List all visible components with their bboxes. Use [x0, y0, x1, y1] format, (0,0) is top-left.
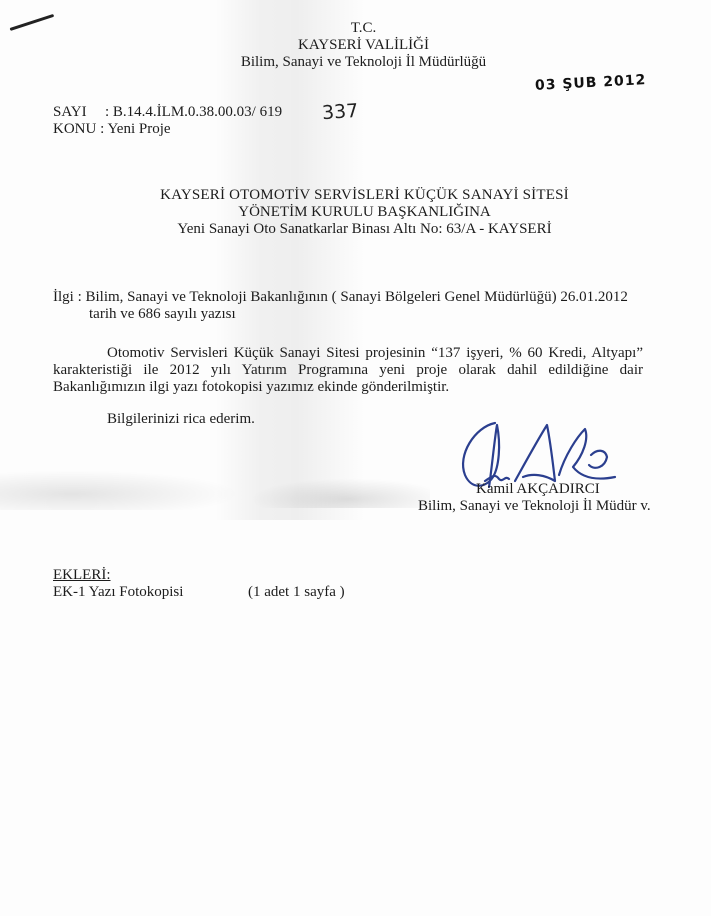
attachment-item-detail: (1 adet 1 sayfa ): [248, 584, 345, 601]
received-date-stamp: 03 ŞUB 2012: [535, 72, 647, 94]
attachments-heading: EKLERİ:: [53, 567, 111, 584]
closing-line: Bilgilerinizi rica ederim.: [107, 411, 255, 428]
reference-number: SAYI: B.14.4.İLM.0.38.00.03/ 619: [53, 104, 282, 121]
addressee-line-3: Yeni Sanayi Oto Sanatkarlar Binası Altı …: [0, 221, 711, 238]
addressee-line-2: YÖNETİM KURULU BAŞKANLIĞINA: [0, 204, 711, 221]
konu-value: : Yeni Proje: [100, 121, 170, 137]
ilgi-line-2: tarih ve 686 sayılı yazısı: [89, 306, 236, 323]
signer-title: Bilim, Sanayi ve Teknoloji İl Müdür v.: [418, 498, 651, 515]
scan-smudge: [250, 478, 430, 508]
body-paragraph: Otomotiv Servisleri Küçük Sanayi Sitesi …: [53, 345, 643, 396]
konu-label: KONU: [53, 121, 96, 138]
header-directorate: Bilim, Sanayi ve Teknoloji İl Müdürlüğü: [0, 54, 711, 71]
document-page: T.C. KAYSERİ VALİLİĞİ Bilim, Sanayi ve T…: [0, 0, 711, 916]
scan-shadow: [215, 0, 365, 520]
sayi-value: : B.14.4.İLM.0.38.00.03/ 619: [105, 104, 282, 120]
signer-name: Kamil AKÇADIRCI: [476, 481, 600, 498]
handwritten-number: 337: [321, 100, 359, 124]
header-country: T.C.: [0, 20, 711, 37]
header-governorship: KAYSERİ VALİLİĞİ: [0, 37, 711, 54]
scan-smudge: [0, 470, 240, 510]
subject: KONU : Yeni Proje: [53, 121, 171, 138]
addressee-line-1: KAYSERİ OTOMOTİV SERVİSLERİ KÜÇÜK SANAYİ…: [0, 187, 711, 204]
attachment-item-name: EK-1 Yazı Fotokopisi: [53, 584, 183, 601]
sayi-label: SAYI: [53, 104, 105, 121]
ilgi-line-1: İlgi : Bilim, Sanayi ve Teknoloji Bakanl…: [53, 289, 628, 306]
